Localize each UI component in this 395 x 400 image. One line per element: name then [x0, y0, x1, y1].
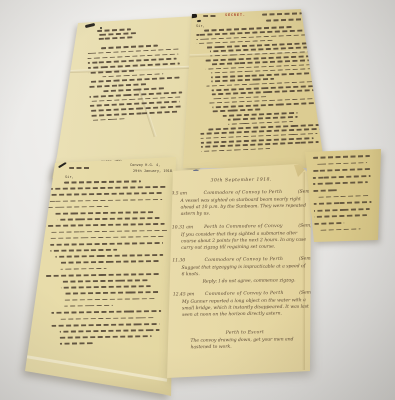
pen-tick: [58, 162, 67, 169]
entry-message: My Gunner reported a long object on the …: [182, 297, 309, 318]
entry-time: 9.5 am: [171, 190, 194, 197]
page-number-ink: 4: [191, 164, 200, 171]
entry-method: (Sem): [292, 223, 312, 230]
typed-line: [45, 223, 165, 227]
typed-line: [61, 285, 151, 288]
ink-blot: [197, 20, 201, 23]
typed-line: [206, 81, 317, 87]
edge-highlight: [27, 355, 167, 381]
typed-letter-top-left-paper: [0, 0, 395, 400]
typed-sheet-two-paper: Sheet Two. Convoy H.G. 4, 29th January, …: [0, 0, 395, 400]
entry-method: [293, 329, 313, 336]
typed-line: [101, 45, 158, 49]
typed-line: [201, 137, 314, 143]
entry-time: 10.31 am: [172, 224, 195, 231]
log-entry-heading: 12.45 pm Commodore of Convoy to Perth (S…: [173, 290, 313, 298]
typed-line: [97, 32, 136, 36]
log-entry-heading: 11.30 Commodore of Convoy to Perth (Sem): [172, 256, 312, 264]
edge-shading: [302, 172, 305, 370]
reference-number-line: [69, 167, 91, 169]
typed-line: [51, 310, 161, 314]
log-entry-heading: 9.5 am Commodore of Convoy to Perth (Sem…: [171, 189, 311, 197]
typed-line: [103, 73, 164, 78]
typed-line: [201, 133, 318, 139]
memo-body-lines: [196, 25, 327, 155]
vignette: [0, 0, 395, 400]
typed-line: [50, 242, 163, 246]
typed-line: [212, 109, 262, 113]
note-lines: [312, 155, 377, 236]
fold-crease: [58, 66, 198, 74]
typed-line: [59, 317, 154, 320]
typed-line: [211, 78, 274, 82]
salutation: Sir,: [65, 175, 74, 179]
typed-line: [200, 128, 320, 135]
typed-memo-top-right: SECRET. Sir,: [0, 0, 395, 400]
typed-line: [61, 268, 107, 270]
typed-line: [314, 214, 367, 218]
typed-line: [201, 147, 270, 151]
typed-line: [50, 236, 165, 240]
typed-line: [89, 91, 182, 97]
typed-line: [64, 305, 113, 308]
ink-blot: [190, 14, 197, 19]
typed-line: [91, 118, 125, 121]
log-entry-heading: Perth to Escort: [173, 329, 313, 337]
typed-line: [313, 189, 339, 192]
pen-mark: [85, 23, 95, 28]
sheet-heading: Sheet Two.: [101, 158, 123, 162]
typed-line: [313, 175, 371, 179]
typed-line: [64, 298, 156, 301]
folded-corner: [294, 162, 312, 177]
typed-line: [209, 46, 315, 52]
entry-message: Suggest that zigzagging is impracticable…: [181, 263, 308, 278]
typed-line: [88, 63, 180, 69]
typed-line: [87, 53, 178, 59]
red-stamp: SECRET.: [225, 13, 246, 17]
typed-line: [89, 83, 148, 88]
typed-line: [89, 77, 180, 83]
log-date-heading: 30th September 1918.: [171, 176, 311, 184]
typed-line: [60, 343, 93, 345]
typed-line: [90, 101, 180, 107]
photo-of-documents: SECRET. Sir, Sheet Two. Convoy H.G. 4, 2…: [0, 0, 395, 400]
sheet-body-lines: [44, 180, 175, 350]
typed-line: [44, 206, 108, 209]
typed-line: [61, 279, 148, 282]
typed-line: [60, 335, 152, 338]
typed-line: [55, 211, 155, 214]
typed-letter-top-left: [0, 0, 395, 400]
typed-line: [52, 323, 160, 327]
log-entry-heading: 10.31 am Perth to Commodore of Convoy (S…: [172, 223, 312, 231]
typed-line: [314, 201, 372, 205]
typed-line: [222, 112, 298, 117]
typed-line: [50, 229, 168, 233]
typed-line: [211, 89, 321, 95]
typed-line: [44, 199, 162, 203]
entry-method: (Sem): [291, 189, 311, 196]
letter-body-lines: [87, 43, 192, 124]
typed-line: [201, 141, 319, 148]
typed-line: [196, 34, 312, 40]
memo-ref-line: [203, 15, 216, 17]
typed-line: [88, 58, 177, 64]
typed-line: [205, 55, 313, 61]
typed-line: [227, 116, 298, 121]
typed-line: [313, 181, 368, 185]
memo-date-line: [266, 18, 302, 21]
entry-route: Perth to Commodore of Convoy: [195, 223, 292, 231]
entry-time: [173, 330, 196, 337]
typed-line: [228, 121, 294, 125]
typed-line: [64, 180, 141, 183]
typed-memo-top-right-paper: SECRET. Sir,: [0, 0, 395, 400]
entry-time: 11.30: [172, 257, 195, 264]
pen-dot: [100, 27, 102, 29]
salutation: Sir,: [196, 24, 205, 28]
typed-line: [196, 29, 314, 36]
typed-note-card-paper: [0, 0, 395, 400]
typed-line: [212, 102, 320, 108]
fold-crease: [188, 50, 323, 57]
typed-line: [204, 42, 315, 48]
typed-line: [87, 48, 180, 54]
typed-line: [90, 96, 181, 102]
typed-line: [210, 59, 313, 65]
fold-crease: [138, 89, 156, 137]
typed-line: [103, 87, 166, 92]
typed-line: [211, 85, 318, 91]
typed-line: [57, 217, 159, 220]
typed-line: [59, 329, 159, 332]
letter-header-lines: [97, 27, 168, 43]
typed-line: [208, 124, 324, 130]
typed-line: [318, 195, 370, 199]
typed-line: [46, 273, 161, 277]
entry-message: The convoy drawing down, get your men an…: [190, 336, 309, 351]
typed-line: [317, 162, 367, 166]
typed-line: [64, 291, 159, 294]
entry-time: 12.45 pm: [173, 291, 196, 298]
typed-line: [61, 260, 161, 263]
typed-line: [50, 249, 117, 252]
handwritten-signal-log-paper: 4 30th September 1918. 9.5 am Commodore …: [0, 0, 395, 400]
typed-line: [90, 106, 182, 112]
typed-line: [204, 26, 292, 31]
typed-sheet-two-bottom-left: Sheet Two. Convoy H.G. 4, 29th January, …: [0, 0, 395, 400]
entry-message: If you consider that they sighted a subm…: [181, 230, 308, 251]
typed-line: [321, 228, 361, 231]
entry-method: (Sem): [292, 256, 312, 263]
typed-line: [197, 40, 273, 45]
typed-line: [314, 208, 370, 212]
entry-route: Perth to Escort: [196, 329, 293, 337]
entry-method: (Sem): [293, 290, 313, 297]
typed-line: [90, 111, 178, 117]
typed-note-card-right: [0, 0, 395, 400]
date-line: 29th January, 1918.: [133, 169, 174, 173]
typed-line: [97, 37, 133, 40]
signal-log-content: 4 30th September 1918. 9.5 am Commodore …: [171, 161, 314, 377]
typed-line: [97, 28, 131, 31]
typed-line: [44, 192, 163, 196]
typed-line: [314, 222, 344, 225]
typed-line: [210, 51, 311, 57]
typed-line: [210, 68, 318, 74]
typed-line: [88, 70, 134, 74]
typed-line: [205, 63, 318, 69]
entry-message: A vessel was sighted on starboard beam n…: [180, 196, 307, 217]
typed-line: [56, 254, 164, 258]
typed-line: [44, 186, 166, 190]
typed-line: [312, 168, 371, 172]
entry-route: Commodore of Convoy to Perth: [196, 290, 293, 298]
typed-line: [211, 72, 316, 78]
typed-line: [211, 96, 266, 100]
entry-route: Commodore of Convoy to Perth: [194, 189, 291, 197]
entry-route: Commodore of Convoy to Perth: [195, 256, 292, 264]
convoy-line: Convoy H.G. 4,: [130, 163, 160, 167]
handwritten-signal-log: 4 30th September 1918. 9.5 am Commodore …: [0, 0, 395, 400]
entry-reply: Reply: I do not agree, commence zigzag.: [203, 277, 309, 285]
memo-date-line: [262, 12, 302, 15]
typed-line: [313, 155, 370, 159]
typed-line: [207, 98, 320, 104]
